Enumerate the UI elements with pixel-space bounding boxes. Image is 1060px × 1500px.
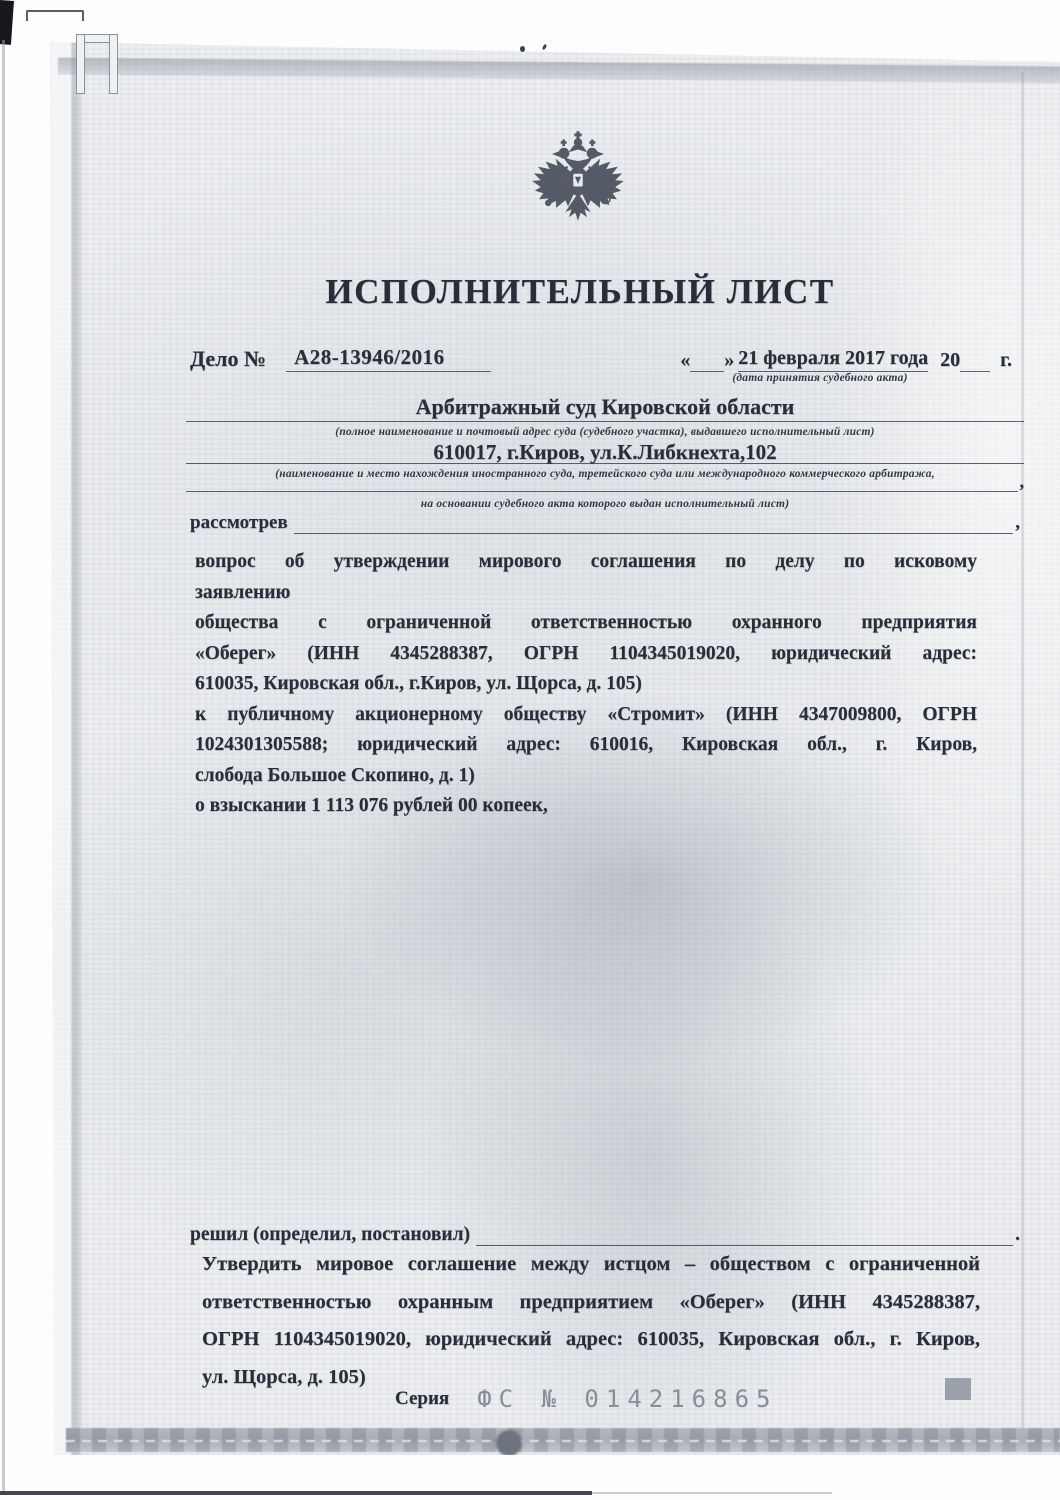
court-caption: (полное наименование и почтовый адрес су… [186,426,1024,438]
blank-form-line: , [186,474,1024,492]
trailing-comma: , [1020,471,1025,492]
bottom-security-band [66,1428,1060,1452]
considered-comma: , [1015,512,1020,534]
body-line: заявлению [195,578,977,609]
scan-top-shadow [58,58,1060,84]
case-row: Дело № А28-13946/2016 « » 21 февраля 201… [190,342,1012,372]
considered-row: рассмотрев , [190,512,1020,534]
document-sheet: ИСПОЛНИТЕЛЬНЫЙ ЛИСТ Дело № А28-13946/201… [50,42,1060,1455]
considered-label: рассмотрев [190,512,288,534]
document-title: ИСПОЛНИТЕЛЬНЫЙ ЛИСТ [150,272,1010,312]
scan-bottom-rule-light [592,1492,832,1494]
quote-open: « [680,349,690,372]
scan-gray-square-artifact [945,1378,971,1400]
quote-close: » [724,349,734,372]
blank-underline [186,474,1018,492]
page-edge-shadow [2,40,5,1492]
scan-speck-artifact [542,44,548,51]
coat-of-arms-eagle-icon [528,130,628,236]
body-line: 1024301305588; юридический адрес: 610016… [195,730,977,761]
body-line: «Оберег» (ИНН 4345288387, ОГРН 110434501… [195,639,977,670]
staple-icon [26,10,84,21]
body-line: о взыскании 1 113 076 рублей 00 копеек, [195,791,977,822]
series-number: ФС № 014216865 [477,1385,777,1413]
scan-bottom-rule [0,1491,592,1495]
date-caption: (дата принятия судебного акта) [650,372,990,384]
resolution-period: . [1015,1224,1020,1246]
series-row: Серия ФС № 014216865 [395,1384,777,1414]
resolution-line: Утвердить мировое соглашение между истцо… [202,1246,980,1284]
resolution-line: ответственностью охранным предприятием «… [202,1284,980,1322]
court-name: Арбитражный суд Кировской области [186,394,1024,422]
band-ink-blob [496,1430,522,1456]
scan-speck-artifact [520,46,525,52]
body-line: к публичному акционерному обществу «Стро… [195,700,977,731]
scan-fold-line [1021,72,1024,1435]
court-caption-3: на основании судебного акта которого выд… [186,498,1024,510]
date-value: 21 февраля 2017 года [738,347,928,372]
scanned-page: ИСПОЛНИТЕЛЬНЫЙ ЛИСТ Дело № А28-13946/201… [0,0,1060,1500]
band-dashed-line [66,1440,1060,1442]
judgment-date: « » 21 февраля 2017 года 20 г. [680,347,1012,372]
resolution-label: решил (определил, постановил) [190,1224,470,1246]
resolution-text: Утвердить мировое соглашение между истцо… [202,1246,980,1396]
court-address: 610017, г.Киров, ул.К.Либкнехта,102 [186,440,1024,464]
staple-icon [76,34,118,94]
body-line: слобода Большое Скопино, д. 1) [195,761,977,792]
body-line: 610035, Кировская обл., г.Киров, ул. Щор… [195,669,977,700]
body-line: вопрос об утверждении мирового соглашени… [195,547,977,578]
case-label: Дело № [190,346,266,372]
case-description: вопрос об утверждении мирового соглашени… [195,547,977,822]
series-label: Серия [395,1388,449,1410]
resolution-row: решил (определил, постановил) . [190,1222,1020,1246]
case-number: А28-13946/2016 [286,345,491,372]
resolution-underline [476,1222,1013,1246]
scan-corner-artifact [0,0,14,45]
considered-underline [294,512,1014,534]
year-suffix: г. [1000,349,1012,372]
resolution-line: ОГРН 1104345019020, юридический адрес: 6… [202,1321,980,1359]
date-century: 20 [940,349,960,372]
body-line: общества с ограниченной ответственностью… [195,608,977,639]
